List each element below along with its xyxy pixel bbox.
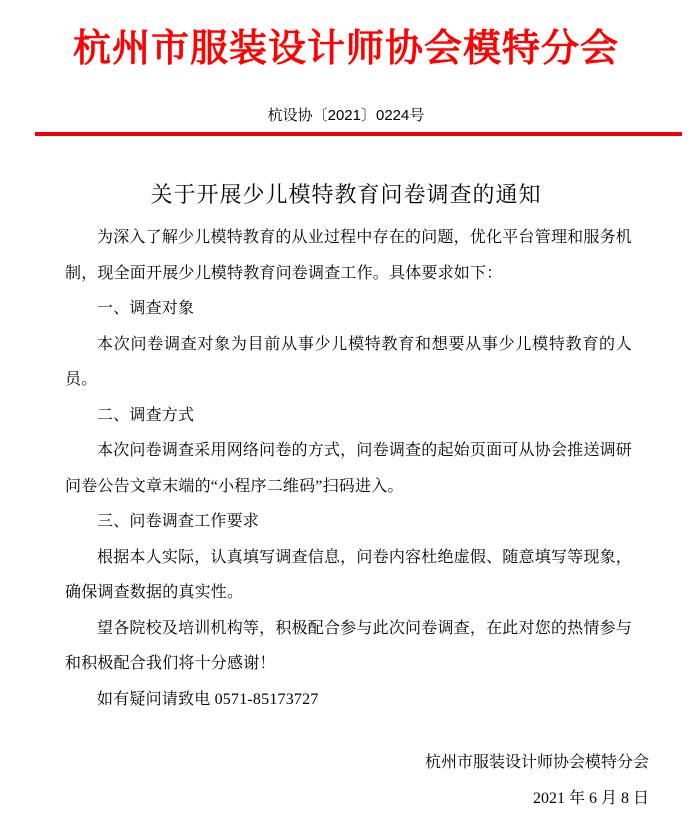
- doc-number: 杭设协〔2021〕0224号: [0, 106, 692, 126]
- notice-body: 为深入了解少儿模特教育的从业过程中存在的问题，优化平台管理和服务机制，现全面开展…: [0, 220, 692, 717]
- signature-org: 杭州市服装设计师协会模特分会: [0, 745, 649, 781]
- signature-date: 2021 年 6 月 8 日: [0, 781, 649, 817]
- para-survey-method: 本次问卷调查采用网络问卷的方式，问卷调查的起始页面可从协会推送调研问卷公告文章末…: [65, 433, 632, 504]
- notice-title: 关于开展少儿模特教育问卷调查的通知: [0, 180, 692, 210]
- para-intro: 为深入了解少儿模特教育的从业过程中存在的问题，优化平台管理和服务机制，现全面开展…: [65, 220, 632, 291]
- org-title: 杭州市服装设计师协会模特分会: [0, 0, 692, 72]
- red-divider: [35, 132, 682, 136]
- para-contact: 如有疑问请致电 0571-85173727: [65, 682, 632, 718]
- signature-block: 杭州市服装设计师协会模特分会 2021 年 6 月 8 日: [0, 745, 692, 816]
- heading-section-3: 三、问卷调查工作要求: [65, 504, 632, 540]
- heading-section-1: 一、调查对象: [65, 291, 632, 327]
- para-requirements: 根据本人实际，认真填写调查信息，问卷内容杜绝虚假、随意填写等现象，确保调查数据的…: [65, 540, 632, 611]
- document-page: 杭州市服装设计师协会模特分会 杭设协〔2021〕0224号 关于开展少儿模特教育…: [0, 0, 692, 827]
- para-survey-target: 本次问卷调查对象为目前从事少儿模特教育和想要从事少儿模特教育的人员。: [65, 327, 632, 398]
- para-appeal: 望各院校及培训机构等，积极配合参与此次问卷调查，在此对您的热情参与和积极配合我们…: [65, 611, 632, 682]
- heading-section-2: 二、调查方式: [65, 398, 632, 434]
